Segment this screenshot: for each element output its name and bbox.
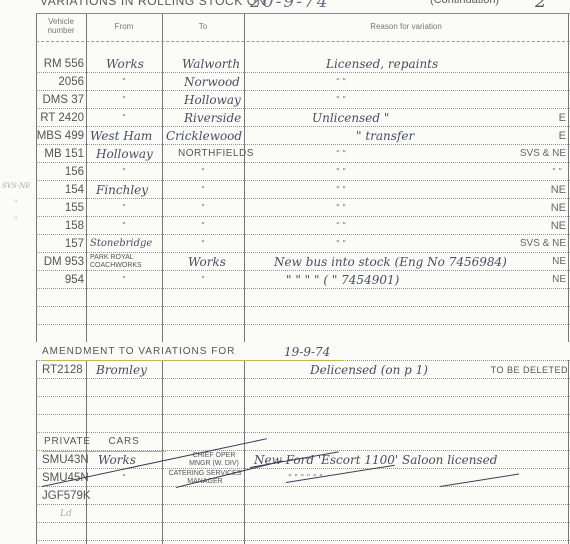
vehicle-number: 157 [36, 234, 84, 252]
ruled-line [36, 414, 570, 415]
initials-row: Ld [36, 504, 570, 522]
table-row: MBS 499 West Ham Cricklewood " transfer … [36, 126, 570, 144]
from-location: " [86, 90, 162, 108]
page-title: VARIATIONS IN ROLLING STOCK ON [40, 0, 266, 8]
to-location: " [162, 180, 244, 198]
header-vehicle-number: Vehicle number [40, 17, 82, 35]
status-flag: E [559, 108, 566, 126]
vehicle-number: 158 [36, 216, 84, 234]
to-location: NORTHFIELDS [178, 144, 254, 162]
table-row: 954 " " " " " " ( " 7454901) NE [36, 270, 570, 288]
vehicle-number: SMU43N [42, 450, 89, 468]
reason: " " [336, 198, 346, 216]
to-location: " [162, 216, 244, 234]
from-location: Finchley [96, 180, 148, 198]
vehicle-number: MBS 499 [36, 126, 84, 144]
header-to: To [162, 22, 244, 31]
to-location: " [162, 234, 244, 252]
from-location: Works [98, 450, 136, 468]
status-flag: TO BE DELETED [491, 360, 568, 378]
from-location: " [86, 216, 162, 234]
status-flag: SVS & NE [520, 144, 566, 162]
header-reason: Reason for variation [244, 22, 568, 31]
reason: " " [336, 180, 346, 198]
from-location: " [86, 108, 162, 126]
ruled-line [36, 522, 570, 523]
from-location: Holloway [96, 144, 153, 162]
ruled-line [36, 540, 570, 541]
reason: " " [336, 234, 346, 252]
amendment-date: 19-9-74 [284, 342, 330, 360]
reason: " " [336, 72, 346, 90]
reason: " " [336, 144, 346, 162]
vehicle-number: DMS 37 [36, 90, 84, 108]
table-row: RT 2420 " Riverside Unlicensed " E [36, 108, 570, 126]
status-flag: NE [551, 180, 566, 198]
reason: Licensed, repaints [326, 54, 438, 72]
status-flag: " " [552, 162, 562, 180]
reason: " " [336, 90, 346, 108]
variations-table: Vehicle number From To Reason for variat… [36, 13, 570, 544]
report-date: 20-9-74 [250, 0, 330, 12]
vehicle-number: JGF579K [42, 486, 91, 504]
vehicle-number: 2056 [36, 72, 84, 90]
to-location: " [162, 198, 244, 216]
vehicle-number: MB 151 [36, 144, 84, 162]
vehicle-number: 954 [36, 270, 84, 288]
reason: " " [336, 162, 346, 180]
reason: Unlicensed " [312, 108, 389, 126]
from-location: Bromley [96, 360, 147, 378]
vehicle-number: RT2128 [42, 360, 83, 378]
table-row: RM 556 Works Walworth Licensed, repaints [36, 54, 570, 72]
status-flag: SVS & NE [520, 234, 566, 252]
table-row: 157 Stonebridge " " " SVS & NE [36, 234, 570, 252]
reason: Delicensed (on p 1) [310, 360, 428, 378]
table-row: 2056 " Norwood " " [36, 72, 570, 90]
ruled-line [36, 288, 570, 289]
vehicle-number: 156 [36, 162, 84, 180]
to-location: " [162, 270, 244, 288]
private-cars-heading-row: PRIVATE CARS [36, 432, 570, 450]
vehicle-number: DM 953 [36, 252, 84, 270]
from-location: " [86, 162, 162, 180]
from-location: " [86, 198, 162, 216]
table-row: 156 " " " " " " [36, 162, 570, 180]
header-rule [36, 41, 570, 42]
amendment-row: RT2128 Bromley Delicensed (on p 1) TO BE… [36, 360, 570, 378]
vehicle-number: RM 556 [36, 54, 84, 72]
table-row: JGF579K [36, 486, 570, 504]
reason: " " " " ( " 7454901) [286, 270, 399, 288]
to-location: Holloway [184, 90, 241, 108]
vehicle-number: RT 2420 [36, 108, 84, 126]
status-flag: E [559, 126, 566, 144]
status-flag: NE [552, 270, 566, 288]
table-row: DM 953 PARK ROYAL COACHWORKS Works New b… [36, 252, 570, 270]
vehicle-number: 154 [36, 180, 84, 198]
from-location: " [86, 270, 162, 288]
reason: " transfer [356, 126, 414, 144]
table-row: SMU43N Works CHIEF OPER MNGR (W. DIV) Ne… [36, 450, 570, 468]
from-location: Stonebridge [90, 234, 152, 252]
table-row: 158 " " " " NE [36, 216, 570, 234]
from-location: " [86, 72, 162, 90]
margin-note: " [14, 216, 17, 224]
table-row: DMS 37 " Holloway " " [36, 90, 570, 108]
table-row: 155 " " " " NE [36, 198, 570, 216]
margin-note: " [14, 199, 17, 207]
to-location: Cricklewood [166, 126, 242, 144]
page-number: 2 [535, 0, 546, 12]
to-location: Walworth [182, 54, 240, 72]
status-flag: NE [551, 198, 566, 216]
margin-note: SVS-NE [2, 182, 31, 190]
to-location: Riverside [184, 108, 241, 126]
status-flag: NE [551, 216, 566, 234]
table-row: MB 151 Holloway NORTHFIELDS " " SVS & NE [36, 144, 570, 162]
ruled-line [36, 324, 570, 325]
vehicle-number: 155 [36, 198, 84, 216]
status-flag: NE [552, 252, 566, 270]
from-location: Works [106, 54, 144, 72]
to-location: Works [188, 252, 226, 270]
to-location: " [162, 162, 244, 180]
table-row: 154 Finchley " " " NE [36, 180, 570, 198]
reason: " " [336, 216, 346, 234]
to-location: Norwood [184, 72, 240, 90]
amendment-heading-row: AMENDMENT TO VARIATIONS FOR 19-9-74 [36, 342, 570, 360]
from-location: West Ham [90, 126, 152, 144]
from-location: " [86, 468, 162, 486]
ruled-line [36, 396, 570, 397]
initials: Ld [60, 504, 72, 522]
header-from: From [86, 22, 162, 31]
ruled-line [36, 306, 570, 307]
reason: New bus into stock (Eng No 7456984) [274, 252, 507, 270]
continuation-label: (Continuation) [430, 0, 499, 6]
ruled-line [36, 378, 570, 379]
amendment-heading: AMENDMENT TO VARIATIONS FOR [42, 342, 235, 360]
private-cars-heading: PRIVATE CARS [44, 432, 139, 450]
